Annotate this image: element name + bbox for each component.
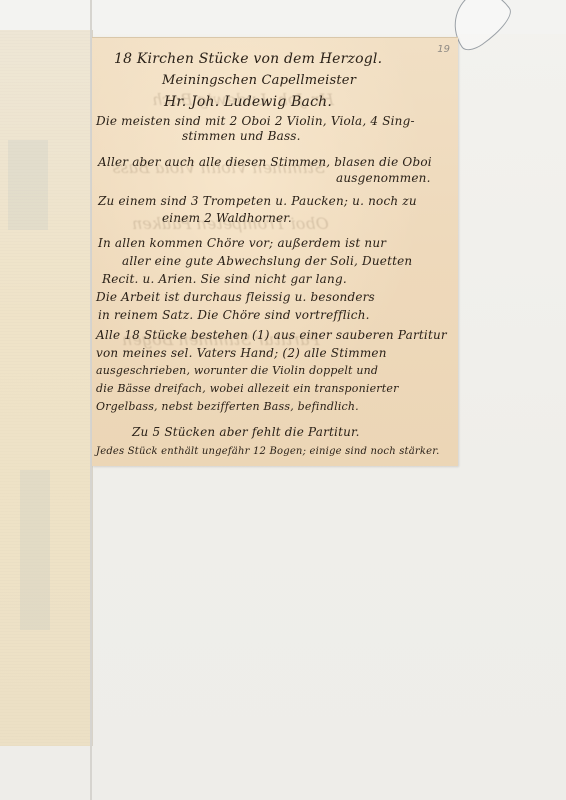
paper-stain [8, 140, 48, 230]
manuscript-line: in reinem Satz. Die Chöre sind vortreffl… [98, 308, 370, 322]
manuscript-line: aller eine gute Abwechslung der Soli, Du… [122, 254, 412, 268]
manuscript-line: Orgelbass, nebst bezifferten Bass, befin… [96, 400, 359, 413]
document-scan: 19 Hr. Joh. Ludewig BachStimmen Violin V… [0, 0, 566, 800]
manuscript-line: stimmen und Bass. [182, 129, 301, 143]
manuscript-line: ausgenommen. [336, 171, 431, 185]
manuscript-line: einem 2 Waldhorner. [162, 211, 292, 225]
manuscript-line: von meines sel. Vaters Hand; (2) alle St… [96, 346, 387, 360]
manuscript-line: Alle 18 Stücke bestehen (1) aus einer sa… [96, 328, 447, 342]
manuscript-line: Die Arbeit ist durchaus fleissig u. beso… [96, 290, 375, 304]
manuscript-line: Die meisten sind mit 2 Oboi 2 Violin, Vi… [96, 114, 415, 128]
manuscript-line: Hr. Joh. Ludewig Bach. [164, 94, 332, 110]
manuscript-line: Jedes Stück enthält ungefähr 12 Bogen; e… [96, 446, 440, 457]
manuscript-line: die Bässe dreifach, wobei allezeit ein t… [96, 382, 399, 395]
manuscript-line: Aller aber auch alle diesen Stimmen, bla… [98, 155, 432, 169]
manuscript-line: Zu einem sind 3 Trompeten u. Paucken; u.… [98, 194, 417, 208]
manuscript-line: Meiningschen Capellmeister [162, 73, 356, 88]
manuscript-line: In allen kommen Chöre vor; außerdem ist … [98, 236, 386, 250]
manuscript-line: Recit. u. Arien. Sie sind nicht gar lang… [102, 272, 347, 286]
manuscript-note: 19 Hr. Joh. Ludewig BachStimmen Violin V… [92, 37, 458, 466]
folio-number: 19 [437, 44, 450, 55]
manuscript-line: Zu 5 Stücken aber fehlt die Partitur. [132, 425, 360, 439]
manuscript-line: ausgeschrieben, worunter die Violin dopp… [96, 364, 378, 377]
underlying-sheet [0, 30, 92, 746]
paper-stain [20, 470, 50, 630]
manuscript-line: 18 Kirchen Stücke von dem Herzogl. [114, 51, 382, 67]
